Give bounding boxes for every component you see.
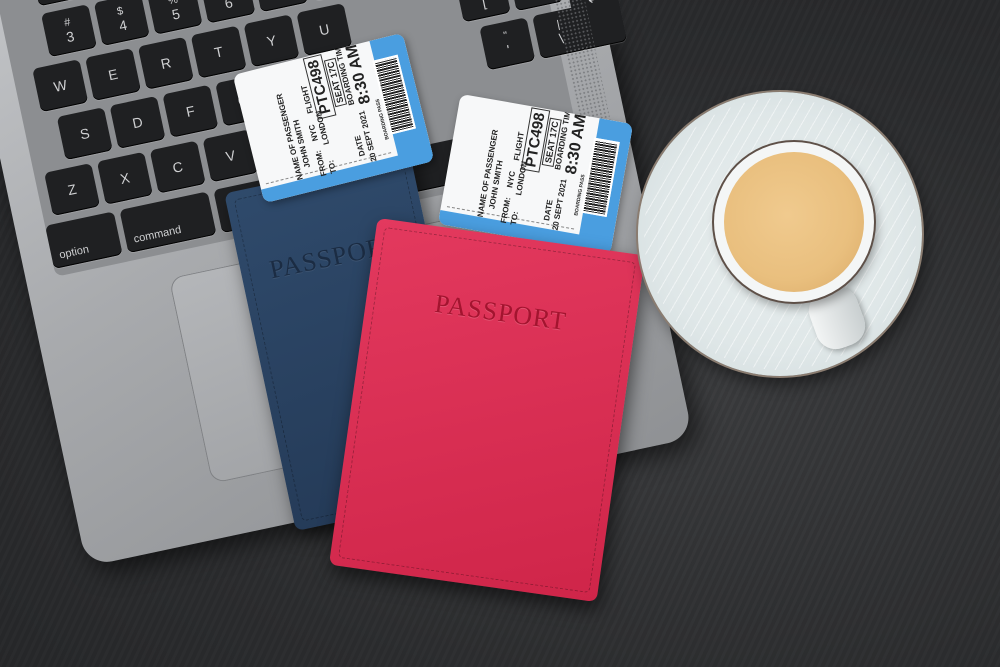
key-4[interactable]: $4 [94, 0, 150, 46]
key-w[interactable]: W [32, 59, 88, 112]
key-command[interactable]: command [119, 191, 216, 253]
key-d[interactable]: D [110, 96, 166, 149]
key-z[interactable]: Z [44, 163, 100, 216]
key-x[interactable]: X [97, 152, 153, 205]
passport-red: PASSPORT [329, 218, 645, 602]
key-7[interactable]: &7 [252, 0, 308, 12]
key-r[interactable]: R [138, 37, 194, 90]
key-t[interactable]: T [191, 25, 247, 78]
key-6[interactable]: ^6 [199, 0, 255, 23]
coffee-crema [724, 152, 864, 292]
key-bracket[interactable]: {[ [455, 0, 511, 22]
key-s[interactable]: S [57, 107, 113, 160]
key-3[interactable]: #3 [41, 4, 97, 57]
key-f[interactable]: F [162, 85, 218, 138]
key-quote[interactable]: "' [479, 17, 535, 70]
coffee-cup [714, 142, 874, 302]
key-e[interactable]: E [85, 48, 141, 101]
key-option[interactable]: option [45, 211, 123, 269]
key-5[interactable]: %5 [147, 0, 203, 35]
key-c[interactable]: C [150, 141, 206, 194]
to-label: TO: [326, 159, 338, 174]
key-8[interactable]: *8 [305, 0, 361, 1]
